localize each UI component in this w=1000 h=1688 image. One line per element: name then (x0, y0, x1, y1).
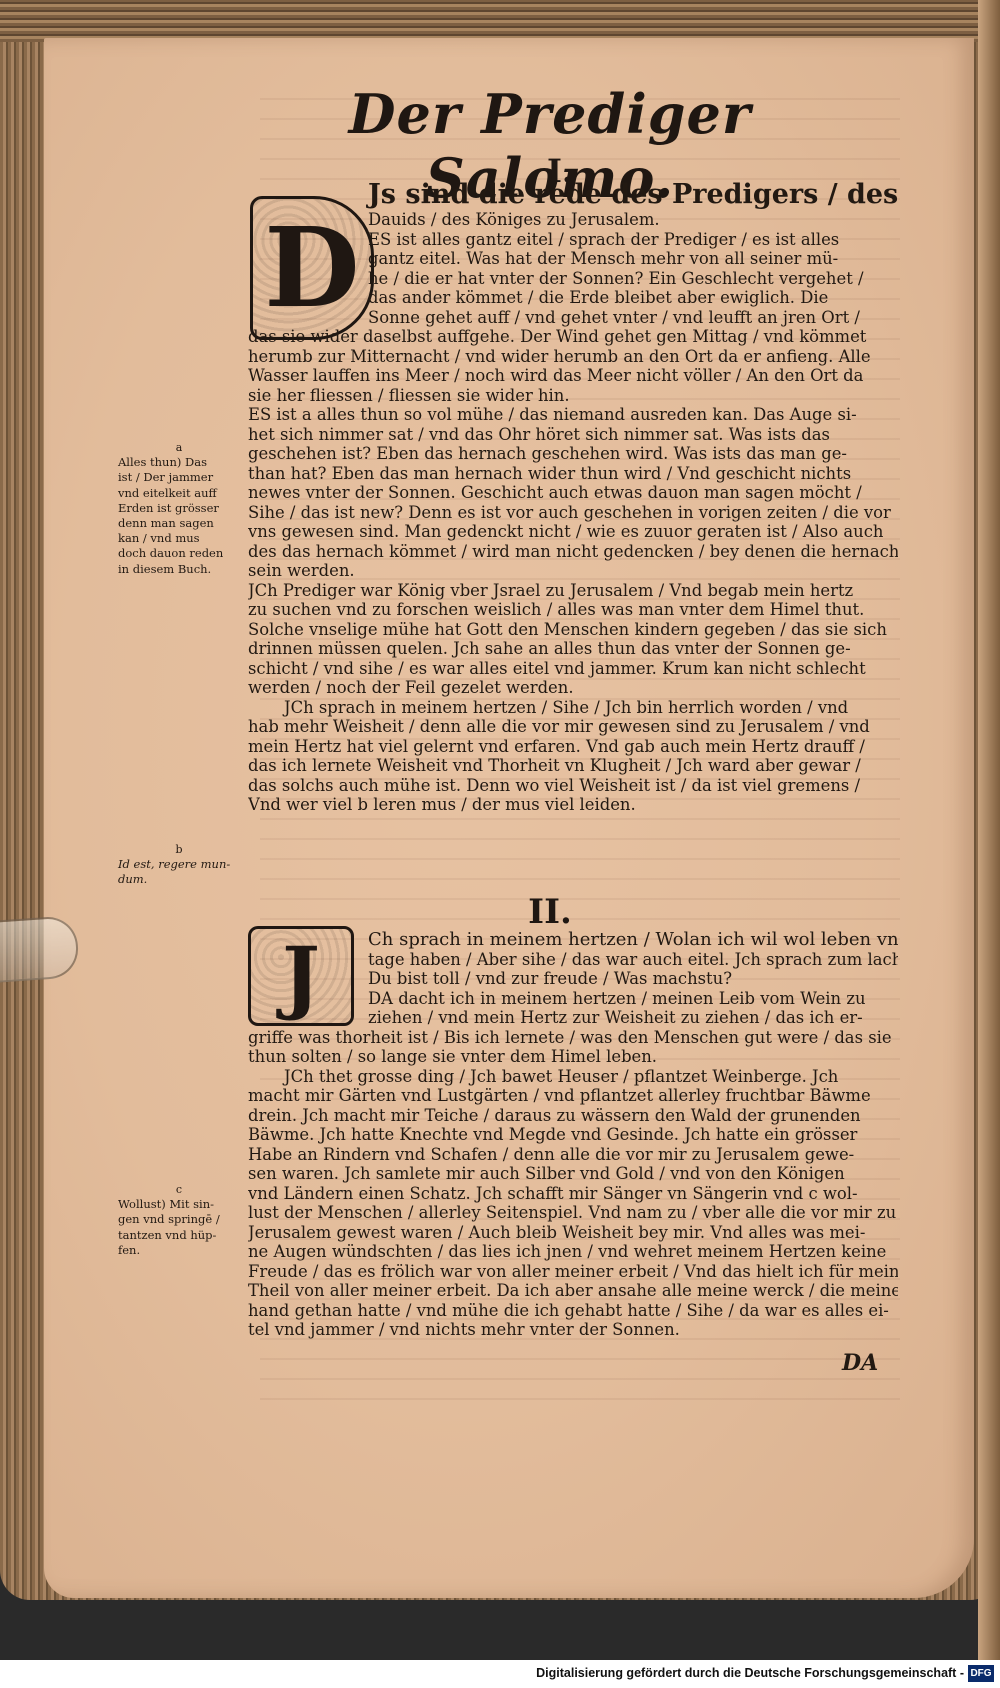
text-line: ES ist a alles thun so vol mühe / das ni… (248, 405, 898, 425)
note-line: tantzen vnd hüp- (118, 1228, 240, 1243)
text-line: vns gewesen sind. Man gedenckt nicht / w… (248, 522, 898, 542)
note-line: Wollust) Mit sin- (118, 1197, 240, 1212)
adjacent-page-edge (978, 0, 1000, 1660)
text-line: Dauids / des Königes zu Jerusalem. (248, 210, 898, 230)
note-mark: b (118, 842, 240, 857)
text-line: Vnd wer viel b leren mus / der mus viel … (248, 795, 898, 815)
note-line: doch dauon reden (118, 546, 240, 561)
funding-credit: Digitalisierung gefördert durch die Deut… (536, 1666, 964, 1680)
text-line: Js sind die rede des Predigers / des Son… (248, 180, 898, 210)
text-line: Du bist toll / vnd zur freude / Was mach… (248, 969, 898, 989)
chapter-numeral-2: II. (500, 892, 600, 932)
text-line: ziehen / vnd mein Hertz zur Weisheit zu … (248, 1008, 898, 1028)
note-line: Erden ist grösser (118, 501, 240, 516)
text-line: tel vnd jammer / vnd nichts mehr vnter d… (248, 1320, 898, 1340)
text-line: ES ist alles gantz eitel / sprach der Pr… (248, 230, 898, 250)
note-line: in diesem Buch. (118, 562, 240, 577)
note-line: Id est, regere mun- (118, 857, 240, 872)
adjacent-page-bleed (980, 60, 998, 1260)
footer-bar: Digitalisierung gefördert durch die Deut… (0, 1660, 1000, 1688)
chapter-2-text: Ch sprach in meinem hertzen / Wolan ich … (248, 930, 898, 1340)
margin-note-b: b Id est, regere mun- dum. (118, 842, 240, 888)
text-line: vnd Ländern einen Schatz. Jch schafft mi… (248, 1184, 898, 1204)
text-line: Jerusalem gewest waren / Auch bleib Weis… (248, 1223, 898, 1243)
note-line: dum. (118, 872, 240, 887)
text-line: gantz eitel. Was hat der Mensch mehr von… (248, 249, 898, 269)
text-line: das solchs auch mühe ist. Denn wo viel W… (248, 776, 898, 796)
text-line: schicht / vnd sihe / es war alles eitel … (248, 659, 898, 679)
text-line: Sihe / das ist new? Denn es ist vor auch… (248, 503, 898, 523)
note-line: fen. (118, 1243, 240, 1258)
text-line: Sonne gehet auff / vnd gehet vnter / vnd… (248, 308, 898, 328)
text-line: zu suchen vnd zu forschen weislich / all… (248, 600, 898, 620)
note-mark: c (118, 1182, 240, 1197)
text-line: geschehen ist? Eben das hernach geschehe… (248, 444, 898, 464)
catchword: DA (842, 1350, 878, 1376)
margin-note-c: c Wollust) Mit sin- gen vnd springē / ta… (118, 1182, 240, 1258)
book-top-edge (0, 0, 1000, 42)
scan-image: Der Prediger Salomo. I. D Js sind die re… (0, 0, 1000, 1660)
text-line: Freude / das es frölich war von aller me… (248, 1262, 898, 1282)
text-line: newes vnter der Sonnen. Geschicht auch e… (248, 483, 898, 503)
text-line: das sie wider daselbst auffgehe. Der Win… (248, 327, 898, 347)
text-line: DA dacht ich in meinem hertzen / meinen … (248, 989, 898, 1009)
text-line: JCh thet grosse ding / Jch bawet Heuser … (248, 1067, 898, 1087)
text-line: das ich lernete Weisheit vnd Thorheit vn… (248, 756, 898, 776)
text-line: JCh Prediger war König vber Jsrael zu Je… (248, 581, 898, 601)
text-line: tage haben / Aber sihe / das war auch ei… (248, 950, 898, 970)
text-line: werden / noch der Feil gezelet werden. (248, 678, 898, 698)
text-line: hand gethan hatte / vnd mühe die ich geh… (248, 1301, 898, 1321)
text-line: Ch sprach in meinem hertzen / Wolan ich … (248, 930, 898, 950)
text-line: Theil von aller meiner erbeit. Da ich ab… (248, 1281, 898, 1301)
text-line: sein werden. (248, 561, 898, 581)
text-line: mein Hertz hat viel gelernt vnd erfaren.… (248, 737, 898, 757)
text-line: hab mehr Weisheit / denn alle die vor mi… (248, 717, 898, 737)
text-line: Habe an Rindern vnd Schafen / denn alle … (248, 1145, 898, 1165)
note-line: kan / vnd mus (118, 531, 240, 546)
text-line: lust der Menschen / allerley Seitenspiel… (248, 1203, 898, 1223)
text-line: than hat? Eben das man hernach wider thu… (248, 464, 898, 484)
text-line: JCh sprach in meinem hertzen / Sihe / Jc… (248, 698, 898, 718)
text-line: het sich nimmer sat / vnd das Ohr höret … (248, 425, 898, 445)
text-line: griffe was thorheit ist / Bis ich lernet… (248, 1028, 898, 1048)
text-line: drinnen müssen quelen. Jch sahe an alles… (248, 639, 898, 659)
note-mark: a (118, 440, 240, 455)
note-line: Alles thun) Das (118, 455, 240, 470)
text-line: Solche vnselige mühe hat Gott den Mensch… (248, 620, 898, 640)
text-line: Bäwme. Jch hatte Knechte vnd Megde vnd G… (248, 1125, 898, 1145)
dfg-logo-icon: DFG (968, 1665, 994, 1682)
chapter-1-text: Js sind die rede des Predigers / des Son… (248, 180, 898, 815)
text-line: he / die er hat vnter der Sonnen? Ein Ge… (248, 269, 898, 289)
note-line: gen vnd springē / (118, 1212, 240, 1227)
text-line: herumb zur Mitternacht / vnd wider herum… (248, 347, 898, 367)
note-line: vnd eitelkeit auff (118, 486, 240, 501)
text-line: Wasser lauffen ins Meer / noch wird das … (248, 366, 898, 386)
text-line: das ander kömmet / die Erde bleibet aber… (248, 288, 898, 308)
margin-note-a: a Alles thun) Das ist / Der jammer vnd e… (118, 440, 240, 577)
text-line: drein. Jch macht mir Teiche / daraus zu … (248, 1106, 898, 1126)
text-line: macht mir Gärten vnd Lustgärten / vnd pf… (248, 1086, 898, 1106)
text-line: sen waren. Jch samlete mir auch Silber v… (248, 1164, 898, 1184)
text-line: sie her fliessen / fliessen sie wider hi… (248, 386, 898, 406)
note-line: denn man sagen (118, 516, 240, 531)
text-line: des das hernach kömmet / wird man nicht … (248, 542, 898, 562)
note-line: ist / Der jammer (118, 470, 240, 485)
text-line: ne Augen wündschten / das lies ich jnen … (248, 1242, 898, 1262)
text-line: thun solten / so lange sie vnter dem Him… (248, 1047, 898, 1067)
